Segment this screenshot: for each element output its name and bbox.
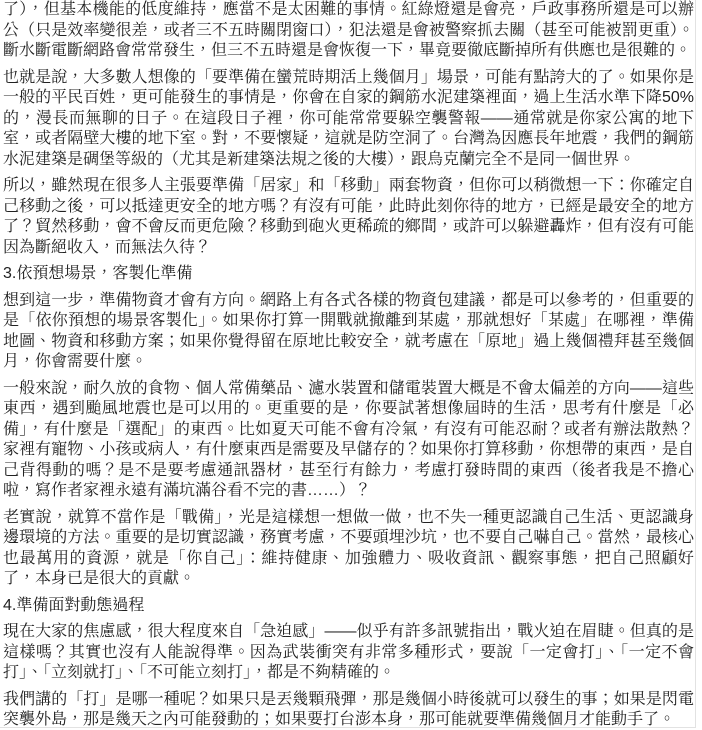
paragraph: 我們講的「打」是哪一種呢？如果只是丟幾顆飛彈，那是幾個小時後就可以發生的事；如果… <box>3 690 694 729</box>
paragraph: 老實說，就算不當作是「戰備」，光是這樣想一想做一做，也不失一種更認識自己生活、更… <box>3 508 694 590</box>
paragraph: 想到這一步，準備物資才會有方向。網路上有各式各樣的物資包建議，都是可以參考的，但… <box>3 291 694 373</box>
paragraph: 一般來說，耐久放的食物、個人常備藥品、濾水裝置和儲電裝置大概是不會太偏差的方向—… <box>3 379 694 502</box>
paragraph: 了），但基本機能的低度維持，應當不是太困難的事情。紅綠燈還是會亮，戶政事務所還是… <box>3 0 694 62</box>
paragraph: 也就是說，大多數人想像的「要準備在蠻荒時期活上幾個月」場景，可能有點誇大的了。如… <box>3 68 694 171</box>
section-heading: 3.依預想場景，客製化準備 <box>3 264 694 285</box>
section-heading: 4.準備面對動態過程 <box>3 596 694 617</box>
paragraph: 現在大家的焦慮感，很大程度來自「急迫感」——似乎有許多訊號指出，戰火迫在眉睫。但… <box>3 622 694 684</box>
paragraph: 所以，雖然現在很多人主張要準備「居家」和「移動」兩套物資，但你可以稍微想一下：你… <box>3 176 694 258</box>
page: 了），但基本機能的低度維持，應當不是太困難的事情。紅綠燈還是會亮，戶政事務所還是… <box>0 0 702 730</box>
article-body: 了），但基本機能的低度維持，應當不是太困難的事情。紅綠燈還是會亮，戶政事務所還是… <box>0 0 696 728</box>
